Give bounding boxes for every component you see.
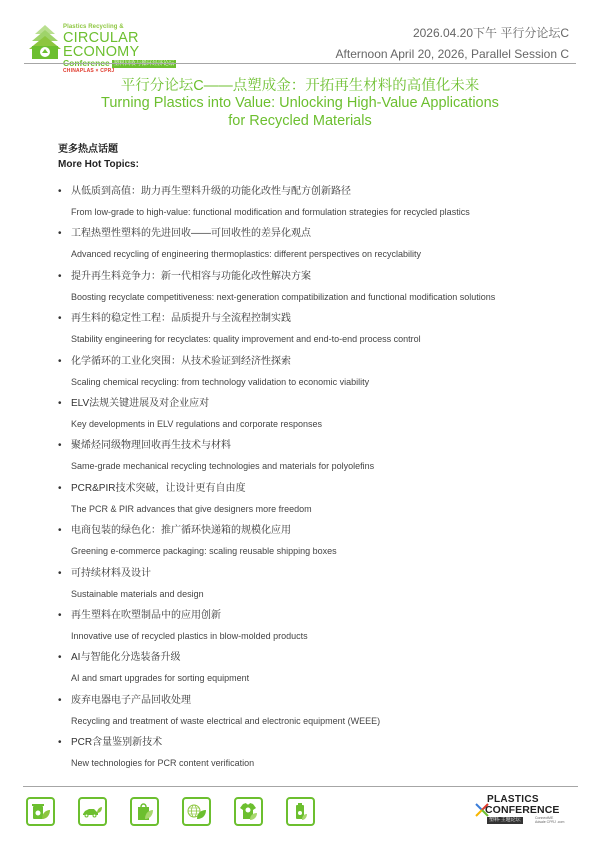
topic-cn: ELV法规关键进展及对企业应对 bbox=[71, 397, 209, 411]
topic-cn: 再生料的稳定性工程：品质提升与全流程控制实践 bbox=[71, 312, 291, 326]
logo-right-small: ConnectME Adsale CPRJ .com bbox=[535, 816, 564, 824]
logo-line2: CIRCULAR ECONOMY bbox=[63, 31, 218, 59]
bullet-icon: • bbox=[58, 312, 62, 326]
bullet-icon: • bbox=[58, 736, 62, 750]
topic-en: Same-grade mechanical recycling technolo… bbox=[71, 460, 374, 473]
logo-line4: CHINAPLAS × CPRJ bbox=[63, 68, 218, 75]
topic-en: New technologies for PCR content verific… bbox=[71, 757, 254, 770]
topic-item: •从低质到高值：助力再生塑料升级的功能化改性与配方创新路径From low-gr… bbox=[58, 185, 578, 227]
topic-cn: 废弃电器电子产品回收处理 bbox=[71, 694, 191, 708]
bullet-icon: • bbox=[58, 482, 62, 496]
topic-item: •电商包装的绿色化：推广循环快递箱的规模化应用Greening e-commer… bbox=[58, 524, 578, 566]
topic-en: Key developments in ELV regulations and … bbox=[71, 418, 322, 431]
header-divider bbox=[24, 63, 576, 64]
topic-item: •AI与智能化分选装备升级AI and smart upgrades for s… bbox=[58, 651, 578, 693]
topic-cn: 化学循环的工业化突围：从技术验证到经济性探索 bbox=[71, 355, 291, 369]
bullet-icon: • bbox=[58, 227, 62, 241]
topic-en: Innovative use of recycled plastics in b… bbox=[71, 630, 308, 643]
topic-cn: PCR&PIR技术突破，让设计更有自由度 bbox=[71, 482, 245, 496]
topic-item: •化学循环的工业化突围：从技术验证到经济性探索Scaling chemical … bbox=[58, 355, 578, 397]
tshirt-icon bbox=[234, 797, 263, 826]
topic-cn: 可持续材料及设计 bbox=[71, 567, 151, 581]
topic-list: •从低质到高值：助力再生塑料升级的功能化改性与配方创新路径From low-gr… bbox=[58, 185, 578, 778]
session-date-cn: 2026.04.20下午 平行分论坛C bbox=[336, 25, 569, 41]
topic-cn: 从低质到高值：助力再生塑料升级的功能化改性与配方创新路径 bbox=[71, 185, 351, 199]
topic-cn: 电商包装的绿色化：推广循环快递箱的规模化应用 bbox=[71, 524, 291, 538]
title-cn: 平行分论坛C——点塑成金：开拓再生材料的高值化未来 bbox=[0, 77, 600, 95]
topic-cn: 聚烯烃同级物理回收再生技术与材料 bbox=[71, 439, 231, 453]
bullet-icon: • bbox=[58, 439, 62, 453]
bullet-icon: • bbox=[58, 397, 62, 411]
topic-en: Scaling chemical recycling: from technol… bbox=[71, 376, 369, 389]
topic-en: From low-grade to high-value: functional… bbox=[71, 206, 470, 219]
logo-right-badge: 塑料·主题论坛 bbox=[487, 817, 523, 824]
bullet-icon: • bbox=[58, 609, 62, 623]
bullet-icon: • bbox=[58, 567, 62, 581]
shopping-bag-icon bbox=[130, 797, 159, 826]
topic-en: AI and smart upgrades for sorting equipm… bbox=[71, 672, 249, 685]
bullet-icon: • bbox=[58, 270, 62, 284]
bullet-icon: • bbox=[58, 355, 62, 369]
topic-en: Stability engineering for recyclates: qu… bbox=[71, 333, 421, 346]
topic-en: Recycling and treatment of waste electri… bbox=[71, 715, 380, 728]
topic-item: •工程热塑性塑料的先进回收——可回收性的差异化观点Advanced recycl… bbox=[58, 227, 578, 269]
topic-item: •聚烯烃同级物理回收再生技术与材料Same-grade mechanical r… bbox=[58, 439, 578, 481]
topic-item: •提升再生料竞争力：新一代相容与功能化改性解决方案Boosting recycl… bbox=[58, 270, 578, 312]
topic-cn: AI与智能化分选装备升级 bbox=[71, 651, 180, 665]
topic-cn: 再生塑料在吹塑制品中的应用创新 bbox=[71, 609, 221, 623]
topic-item: •PCR&PIR技术突破，让设计更有自由度The PCR & PIR advan… bbox=[58, 482, 578, 524]
circular-economy-conference-logo: Plastics Recycling & CIRCULAR ECONOMY Co… bbox=[28, 24, 218, 60]
section-heading-en: More Hot Topics: bbox=[58, 157, 139, 173]
topic-item: •再生料的稳定性工程：品质提升与全流程控制实践Stability enginee… bbox=[58, 312, 578, 354]
topic-en: Boosting recyclate competitiveness: next… bbox=[71, 291, 495, 304]
topic-cn: 提升再生料竞争力：新一代相容与功能化改性解决方案 bbox=[71, 270, 311, 284]
battery-icon bbox=[286, 797, 315, 826]
bullet-icon: • bbox=[58, 524, 62, 538]
bullet-icon: • bbox=[58, 651, 62, 665]
topic-item: •ELV法规关键进展及对企业应对Key developments in ELV … bbox=[58, 397, 578, 439]
page-title: 平行分论坛C——点塑成金：开拓再生材料的高值化未来 Turning Plasti… bbox=[0, 77, 600, 130]
page-header: Plastics Recycling & CIRCULAR ECONOMY Co… bbox=[0, 0, 600, 66]
recycle-tree-icon bbox=[28, 24, 62, 60]
recycle-bin-icon bbox=[26, 797, 55, 826]
topic-item: •再生塑料在吹塑制品中的应用创新Innovative use of recycl… bbox=[58, 609, 578, 651]
footer-icon-row bbox=[26, 797, 315, 826]
topic-en: The PCR & PIR advances that give designe… bbox=[71, 503, 312, 516]
title-en-line1: Turning Plastics into Value: Unlocking H… bbox=[0, 95, 600, 113]
topic-en: Greening e-commerce packaging: scaling r… bbox=[71, 545, 337, 558]
session-info: 2026.04.20下午 平行分论坛C Afternoon April 20, … bbox=[336, 25, 569, 62]
bullet-icon: • bbox=[58, 694, 62, 708]
topic-item: •PCR含量鉴别新技术New technologies for PCR cont… bbox=[58, 736, 578, 778]
section-heading-cn: 更多热点话题 bbox=[58, 143, 139, 157]
topic-cn: PCR含量鉴别新技术 bbox=[71, 736, 162, 750]
logo-right-line2: CONFERENCE bbox=[485, 804, 560, 816]
footer-divider bbox=[23, 786, 578, 787]
title-en-line2: for Recycled Materials bbox=[0, 113, 600, 131]
topic-item: •可持续材料及设计Sustainable materials and desig… bbox=[58, 567, 578, 609]
plastics-conference-logo: PLASTICS CONFERENCE 塑料·主题论坛 ConnectME Ad… bbox=[475, 794, 575, 828]
bullet-icon: • bbox=[58, 185, 62, 199]
car-icon bbox=[78, 797, 107, 826]
topic-en: Sustainable materials and design bbox=[71, 588, 204, 601]
logo-right-small2: Adsale CPRJ .com bbox=[535, 820, 564, 824]
topic-item: •废弃电器电子产品回收处理Recycling and treatment of … bbox=[58, 694, 578, 736]
topic-cn: 工程热塑性塑料的先进回收——可回收性的差异化观点 bbox=[71, 227, 311, 241]
section-heading: 更多热点话题 More Hot Topics: bbox=[58, 143, 139, 173]
globe-icon bbox=[182, 797, 211, 826]
topic-en: Advanced recycling of engineering thermo… bbox=[71, 248, 421, 261]
session-date-en: Afternoon April 20, 2026, Parallel Sessi… bbox=[336, 46, 569, 62]
